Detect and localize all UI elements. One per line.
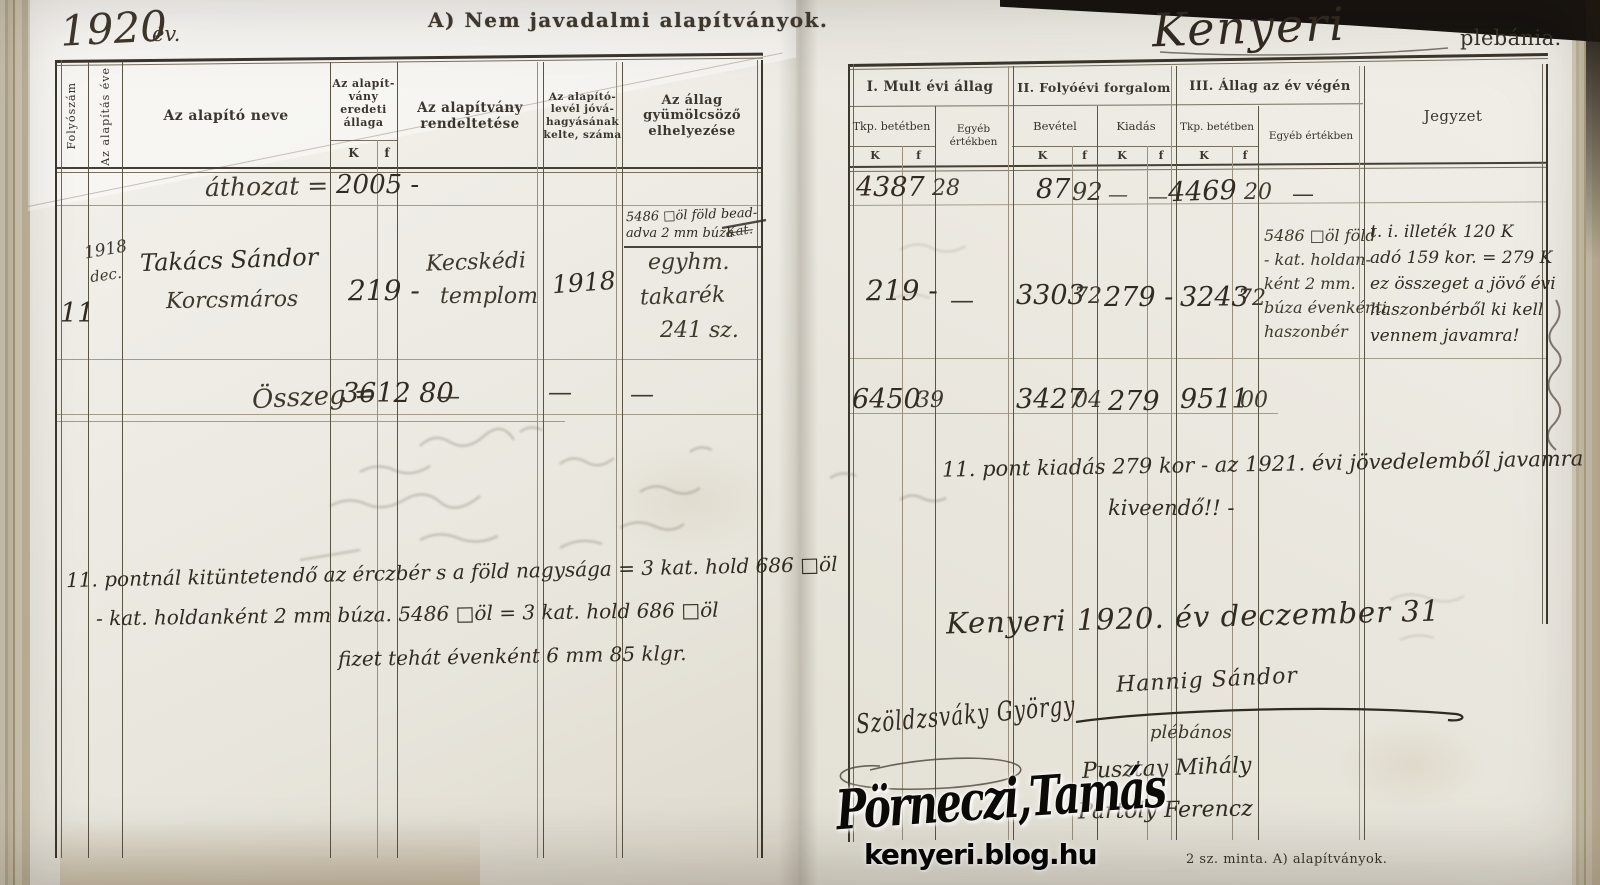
- right-border-inner-r: [1542, 64, 1543, 624]
- rt-tkp3-k: 9511: [1180, 384, 1249, 415]
- rc-bev-f: 92: [1072, 178, 1103, 206]
- placement-underline: [624, 246, 762, 248]
- kf-unit: K: [1176, 147, 1232, 165]
- entry-purpose-2: templom: [440, 284, 538, 309]
- group-header-1: I. Mult évi állag: [848, 68, 1012, 106]
- page-title-left: A) Nem javadalmi alapítványok.: [428, 8, 828, 32]
- left-col-line: [88, 62, 89, 858]
- rc-kiadas-dash: —: [1108, 182, 1128, 206]
- re-jegyzet-line: adó 159 kor. = 279 K: [1370, 248, 1552, 268]
- rc-bev-k: 87: [1036, 174, 1070, 205]
- right-row-line: [848, 358, 1548, 359]
- page-edge-stack-left: [0, 0, 30, 885]
- book-cover-corner: [1586, 0, 1600, 260]
- placement-line-3: 241 sz.: [660, 318, 739, 343]
- left-col-line: [122, 62, 123, 858]
- re-egyeb3-line: - kat. holdan-: [1264, 250, 1371, 269]
- left-border-outer-r: [761, 60, 763, 858]
- entry-amount: 219 -: [348, 274, 420, 307]
- total-dash: —: [436, 382, 460, 410]
- col-header-kiadas: Kiadás: [1097, 108, 1175, 146]
- rc-tkp-k: 4387: [856, 172, 925, 203]
- total-dash: —: [548, 378, 572, 406]
- watermark-site: kenyeri.blog.hu: [864, 838, 1097, 871]
- total-dash: —: [630, 380, 654, 408]
- col-header-kelte: Az alapító- levél jóvá- hagyásának kelte…: [543, 66, 622, 166]
- re-jegyzet-line: ez összeget a jövő évi: [1370, 274, 1556, 294]
- right-col-subline: [1147, 146, 1148, 840]
- rt-bev-f: 04: [1074, 388, 1102, 413]
- kf-unit: f: [1072, 147, 1097, 165]
- re-jegyzet-line: haszonbérből ki kell: [1370, 300, 1543, 320]
- kf-unit: K: [1013, 147, 1072, 165]
- left-col-line: [543, 62, 544, 858]
- rt-kiadas: 279: [1108, 386, 1160, 417]
- kf-unit: K: [1097, 147, 1147, 165]
- right-note-2: kiveendő!! -: [1108, 496, 1234, 520]
- col-header-eredeti-allag: Az alapít- vány eredeti állaga: [330, 66, 397, 140]
- re-egyeb3-line: búza évenkénti: [1264, 298, 1387, 317]
- left-col-subline: [377, 140, 378, 858]
- entry-number: 11: [60, 298, 94, 329]
- founder-occupation: Korcsmáros: [166, 287, 299, 314]
- left-row-line: [55, 359, 763, 360]
- entry-purpose-1: Kecskédi: [426, 248, 527, 276]
- right-border-outer-r: [1546, 64, 1548, 624]
- left-col-line: [616, 62, 617, 858]
- col-header-alapitas-eve: Az alapítás éve: [89, 66, 122, 166]
- col-header-bevetel: Bevétel: [1013, 108, 1097, 146]
- re-tkp: 219 -: [866, 274, 938, 307]
- right-border-inner: [853, 64, 854, 842]
- col-header-tkp-3: Tkp. betétben: [1176, 108, 1258, 146]
- left-border-inner-r: [757, 60, 758, 858]
- rc-kiadas-dash: —: [1148, 184, 1168, 208]
- col-header-k: K: [330, 141, 377, 166]
- signature-priest-title: plébános: [1150, 722, 1232, 743]
- left-total-underline: [55, 414, 763, 415]
- left-col-line: [622, 62, 623, 858]
- year-suffix: év.: [152, 22, 180, 46]
- re-egyeb3-line: haszonbér: [1264, 322, 1348, 341]
- left-total-underline: [55, 421, 565, 422]
- book-gutter: [778, 0, 818, 885]
- re-kiadas: 279 -: [1104, 282, 1173, 313]
- entry-approval-year: 1918: [551, 266, 616, 299]
- rc-tkp3-f: 20: [1244, 180, 1272, 205]
- group-header-2: II. Folyóévi forgalom: [1013, 68, 1175, 106]
- kf-unit: f: [1232, 147, 1258, 165]
- col-header-folyoszam: Folyószám: [56, 66, 88, 166]
- carryover-label: áthozat =: [205, 171, 329, 202]
- parish-name: Kenyeri: [1151, 0, 1347, 57]
- group-header-3: III. Állag az év végén: [1176, 68, 1364, 106]
- left-row-line: [55, 205, 763, 206]
- placement-note-2: adva 2 mm búza: [626, 226, 734, 241]
- kf-unit: f: [1147, 147, 1175, 165]
- re-egyeb-dash: —: [950, 286, 974, 314]
- rt-tkp-k: 6450: [852, 384, 921, 415]
- left-header-bottom: [55, 167, 763, 169]
- placement-line-1: egyhm.: [648, 250, 730, 275]
- re-egyeb3-line: 5486 □öl föld: [1264, 226, 1376, 245]
- re-jegyzet-line: vennem javamra!: [1370, 326, 1520, 346]
- left-border-outer: [55, 60, 57, 858]
- left-col-line: [537, 62, 538, 858]
- rc-egyeb3-dash: —: [1292, 182, 1314, 207]
- re-tkp3-f: 72: [1238, 286, 1266, 311]
- col-header-tkp-1: Tkp. betétben: [848, 108, 935, 146]
- right-col-subline: [1232, 146, 1233, 840]
- col-header-egyeb-1: Egyéb értékben: [935, 108, 1012, 164]
- left-col-line: [330, 62, 331, 858]
- rt-tkp-f: 39: [916, 388, 944, 413]
- kf-unit: f: [902, 147, 935, 165]
- col-header-f: f: [377, 141, 397, 166]
- re-jegyzet-line: t. i. illeték 120 K: [1370, 222, 1513, 242]
- rt-tkp3-f: 00: [1240, 388, 1268, 413]
- parish-suffix: plebánia.: [1460, 26, 1562, 50]
- left-border-inner: [61, 60, 62, 858]
- right-col-subline: [1072, 146, 1073, 840]
- placement-line-2: takarék: [640, 283, 726, 311]
- rc-tkp3-k: 4469: [1167, 175, 1237, 208]
- col-header-rendeltetes: Az alapítvány rendeltetése: [397, 66, 543, 166]
- form-note: 2 sz. minta. A) alapítványok.: [1186, 852, 1387, 867]
- right-border-outer: [848, 64, 850, 842]
- re-egyeb3-line: ként 2 mm.: [1264, 274, 1356, 293]
- ledger-photo: 1920 év. A) Nem javadalmi alapítványok. …: [0, 0, 1600, 885]
- kf-unit: K: [848, 147, 902, 165]
- col-header-alapito-neve: Az alapító neve: [122, 66, 330, 166]
- col-header-jegyzet: Jegyzet: [1364, 68, 1542, 164]
- re-bev-f: 72: [1074, 284, 1102, 309]
- col-header-egyeb-3: Egyéb értékben: [1258, 108, 1364, 164]
- carryover-value: 2005 -: [336, 170, 419, 200]
- col-header-elhelyezes: Az állag gyümölcsöző elhelyezése: [622, 66, 762, 166]
- rc-tkp-f: 28: [932, 176, 960, 201]
